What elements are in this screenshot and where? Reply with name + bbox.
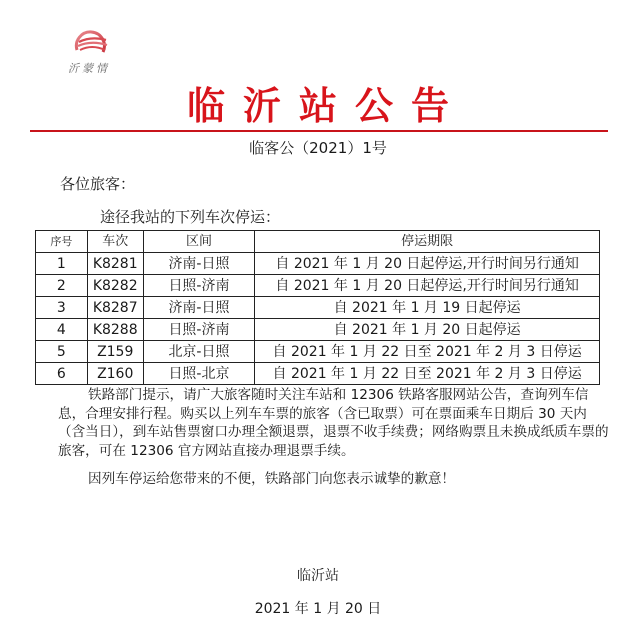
table-row: 4 K8288 日照-济南 自 2021 年 1 月 20 日起停运 — [36, 319, 600, 341]
column-header-route: 区间 — [143, 231, 255, 253]
column-header-index: 序号 — [36, 231, 88, 253]
cell-route: 日照-济南 — [143, 275, 255, 297]
cell-index: 1 — [36, 253, 88, 275]
cell-route: 日照-济南 — [143, 319, 255, 341]
logo-text: 沂蒙情 — [68, 60, 110, 76]
cell-period: 自 2021 年 1 月 22 日至 2021 年 2 月 3 日停运 — [255, 341, 600, 363]
cell-index: 3 — [36, 297, 88, 319]
intro-text: 途径我站的下列车次停运： — [100, 206, 280, 227]
column-header-train: 车次 — [87, 231, 143, 253]
signature-station: 临沂站 — [0, 565, 636, 585]
table-row: 3 K8287 济南-日照 自 2021 年 1 月 19 日起停运 — [36, 297, 600, 319]
table-row: 2 K8282 日照-济南 自 2021 年 1 月 20 日起停运,开行时间另… — [36, 275, 600, 297]
cell-route: 济南-日照 — [143, 253, 255, 275]
cell-period: 自 2021 年 1 月 19 日起停运 — [255, 297, 600, 319]
table-row: 5 Z159 北京-日照 自 2021 年 1 月 22 日至 2021 年 2… — [36, 341, 600, 363]
suspended-trains-table: 序号 车次 区间 停运期限 1 K8281 济南-日照 自 2021 年 1 月… — [35, 230, 600, 385]
table-row: 1 K8281 济南-日照 自 2021 年 1 月 20 日起停运,开行时间另… — [36, 253, 600, 275]
cell-index: 6 — [36, 363, 88, 385]
signature-date: 2021 年 1 月 20 日 — [0, 598, 636, 618]
title-divider — [30, 130, 608, 132]
cell-period: 自 2021 年 1 月 20 日起停运,开行时间另行通知 — [255, 253, 600, 275]
salutation: 各位旅客： — [60, 173, 135, 194]
apology-text: 因列车停运给您带来的不便，铁路部门向您表示诚挚的歉意！ — [58, 470, 614, 489]
document-number: 临客公（2021）1号 — [0, 137, 636, 158]
table-header-row: 序号 车次 区间 停运期限 — [36, 231, 600, 253]
cell-route: 济南-日照 — [143, 297, 255, 319]
cell-route: 日照-北京 — [143, 363, 255, 385]
cell-train: K8281 — [87, 253, 143, 275]
column-header-period: 停运期限 — [255, 231, 600, 253]
cell-route: 北京-日照 — [143, 341, 255, 363]
cell-period: 自 2021 年 1 月 20 日起停运 — [255, 319, 600, 341]
cell-index: 2 — [36, 275, 88, 297]
cell-train: Z160 — [87, 363, 143, 385]
table-row: 6 Z160 日照-北京 自 2021 年 1 月 22 日至 2021 年 2… — [36, 363, 600, 385]
refund-notice: 铁路部门提示，请广大旅客随时关注车站和 12306 铁路客服网站公告，查询列车信… — [58, 386, 614, 460]
page-title: 临沂站公告 — [0, 84, 636, 128]
cell-train: K8288 — [87, 319, 143, 341]
cell-index: 5 — [36, 341, 88, 363]
cell-period: 自 2021 年 1 月 22 日至 2021 年 2 月 3 日停运 — [255, 363, 600, 385]
cell-index: 4 — [36, 319, 88, 341]
cell-train: K8282 — [87, 275, 143, 297]
cell-train: K8287 — [87, 297, 143, 319]
logo-emblem-icon — [73, 30, 109, 60]
cell-period: 自 2021 年 1 月 20 日起停运,开行时间另行通知 — [255, 275, 600, 297]
cell-train: Z159 — [87, 341, 143, 363]
